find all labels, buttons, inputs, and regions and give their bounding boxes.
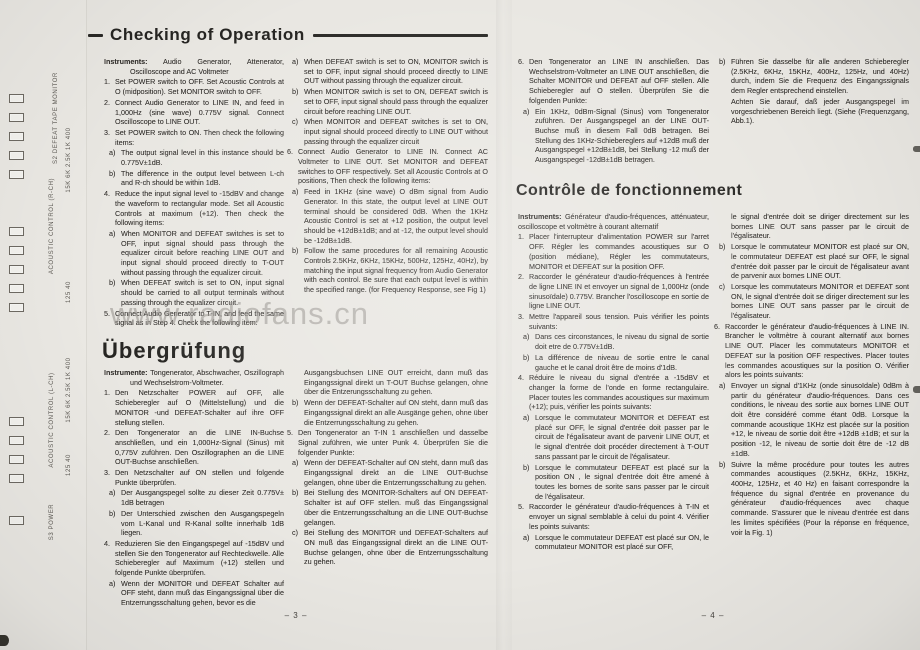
- item-text: The output signal level in this instance…: [121, 148, 284, 167]
- item-text: When DEFEAT switch is set to ON, MONITOR…: [304, 57, 488, 85]
- item-marker: b): [292, 246, 298, 256]
- manual-paragraph: a)Wenn der DEFEAT-Schalter auf ON steht,…: [287, 458, 488, 487]
- title-dash-rule: [88, 34, 103, 37]
- item-text: Placer l'interrupteur d'alimentation POW…: [529, 232, 709, 270]
- manual-paragraph: a)Wenn der MONITOR und DEFEAT Schalter a…: [104, 579, 284, 608]
- manual-paragraph: a)When MONITOR and DEFEAT switches is se…: [104, 229, 284, 278]
- item-marker: c): [292, 117, 298, 127]
- manual-paragraph: 2.Connect Audio Generator to LINE IN, an…: [104, 98, 284, 127]
- item-marker: b): [109, 278, 115, 288]
- scanned-manual-page: S2 DEFEAT TAPE MONITOR 15K 6K 2.5K 1K 40…: [0, 0, 920, 650]
- section-title-row: Checking of Operation: [88, 25, 488, 45]
- manual-paragraph: a)Lorsque le commutateur DEFEAT est plac…: [518, 533, 709, 552]
- slider-control-symbol: [9, 417, 24, 426]
- item-marker: 5.: [518, 502, 524, 512]
- item-marker: a): [109, 148, 115, 158]
- manual-paragraph: a)Envoyer un signal d'1KHz (onde sinusoï…: [714, 381, 909, 459]
- page-title: Checking of Operation: [110, 25, 305, 45]
- item-marker: b): [109, 169, 115, 179]
- manual-paragraph: a)Lorsque le commutateur MONITOR et DEFE…: [518, 413, 709, 462]
- item-text: Den Tongenerator an T-IN 1 anschließen u…: [298, 428, 488, 456]
- manual-paragraph: 3.Mettre l'appareil sous tension. Puis v…: [518, 312, 709, 331]
- german-column-2: Ausgangsbuchsen LINE OUT erreicht, dann …: [287, 368, 488, 568]
- slider-control-symbol: [9, 170, 24, 179]
- slider-control-symbol: [9, 284, 24, 293]
- item-marker: a): [292, 57, 298, 67]
- instruments-line: Instrumente: Tongenerator, Abschwacher, …: [104, 368, 284, 387]
- manual-paragraph: a)Ein 1KHz, 0dBm-Signal (Sinus) vom Tong…: [518, 107, 709, 165]
- item-marker: a): [109, 579, 115, 589]
- item-text: Raccorder le générateur d'audio-fréquenc…: [725, 322, 909, 380]
- item-text: Mettre l'appareil sous tension. Puis vér…: [529, 312, 709, 331]
- item-text: Wenn der DEFEAT-Schalter auf ON steht, d…: [304, 458, 488, 486]
- german-continuation-column-1: 6.Den Tongenerator an LINE IN anschließe…: [518, 57, 709, 166]
- manual-paragraph: b)La différence de niveau de sortie entr…: [518, 353, 709, 372]
- item-marker: a): [292, 187, 298, 197]
- item-text: La différence de niveau de sortie entre …: [535, 353, 709, 372]
- manual-paragraph: 6.Raccorder le générateur d'audio-fréque…: [714, 322, 909, 380]
- scan-smudge: [913, 386, 920, 393]
- item-marker: 5.: [287, 428, 293, 438]
- manual-paragraph: c)Lorsque les commutateurs MONITOR et DE…: [714, 282, 909, 321]
- item-text: Lorsque le commutateur MONITOR et DEFEAT…: [535, 413, 709, 461]
- item-marker: a): [109, 488, 115, 498]
- item-text: Dans ces circonstances, le niveau du sig…: [535, 332, 709, 351]
- french-column-2: le signal d'entrée doit se diriger direc…: [714, 212, 909, 538]
- item-marker: 6.: [518, 57, 524, 67]
- item-marker: b): [523, 353, 529, 363]
- item-marker: 3.: [104, 468, 110, 478]
- item-marker: 2.: [104, 428, 110, 438]
- item-text: Feed in 1KHz (sine wave) O dBm signal fr…: [304, 187, 488, 245]
- instruments-label: Instruments:: [104, 57, 148, 66]
- schematic-label: S2 DEFEAT TAPE MONITOR: [53, 72, 59, 164]
- item-text: Der Unterschied zwischen den Ausgangspeg…: [121, 509, 284, 537]
- item-marker: 6.: [714, 322, 720, 332]
- manual-paragraph: 6.Connect Audio Generator to LINE IN. Co…: [287, 147, 488, 186]
- item-text: Raccorder le générateur d'audio-fréquenc…: [529, 502, 709, 530]
- item-text: Lorsque le commutateur DEFEAT est placé …: [535, 463, 709, 501]
- item-text: Bei Stellung des MONITOR-Schalters auf O…: [304, 488, 488, 526]
- item-text: When MONITOR switch is set to ON, DEFEAT…: [304, 87, 488, 115]
- item-text: Ausgangsbuchsen LINE OUT erreicht, dann …: [304, 368, 488, 396]
- german-continuation-column-2: b)Führen Sie dasselbe für alle anderen S…: [714, 57, 909, 127]
- instruments-text: Tongenerator, Abschwacher, Oszillograph …: [130, 368, 284, 387]
- title-rule: [313, 34, 488, 37]
- manual-paragraph: Ausgangsbuchsen LINE OUT erreicht, dann …: [287, 368, 488, 397]
- instruments-label: Instrumente:: [104, 368, 148, 377]
- item-text: Follow the same procedures for all remai…: [304, 246, 488, 294]
- manual-paragraph: b)Führen Sie dasselbe für alle anderen S…: [714, 57, 909, 96]
- item-marker: 1.: [104, 388, 110, 398]
- item-marker: 3.: [518, 312, 524, 322]
- item-text: Connect Audio Generator to LINE IN, and …: [115, 98, 284, 126]
- item-text: Reduzieren Sie den Eingangspegel auf -15…: [115, 539, 284, 577]
- manual-paragraph: 5.Raccorder le générateur d'audio-fréque…: [518, 502, 709, 531]
- manual-paragraph: b)The difference in the output level bet…: [104, 169, 284, 188]
- manual-paragraph: b)When MONITOR switch is set to ON, DEFE…: [287, 87, 488, 116]
- item-marker: a): [523, 332, 529, 342]
- item-text: Reduce the input signal level to -15dBV …: [115, 189, 284, 227]
- manual-paragraph: le signal d'entrée doit se diriger direc…: [714, 212, 909, 241]
- item-marker: b): [719, 242, 725, 252]
- manual-paragraph: 4.Réduire le niveau du signal d'entrée a…: [518, 373, 709, 412]
- manual-paragraph: a)The output signal level in this instan…: [104, 148, 284, 167]
- manual-paragraph: a)Der Ausgangspegel sollte zu dieser Zei…: [104, 488, 284, 507]
- item-marker: 6.: [287, 147, 293, 157]
- item-marker: 5.: [104, 309, 110, 319]
- manual-paragraph: 4.Reduzieren Sie den Eingangspegel auf -…: [104, 539, 284, 578]
- schematic-label: S3 POWER: [49, 504, 55, 540]
- instruments-line: Instruments: Audio Generator, Attenerato…: [104, 57, 284, 76]
- manual-paragraph: 3.Set POWER switch to ON. Then check the…: [104, 128, 284, 147]
- english-column-2: a)When DEFEAT switch is set to ON, MONIT…: [287, 57, 488, 296]
- item-text: Lorsque le commutateur MONITOR est placé…: [731, 242, 909, 280]
- item-marker: 2.: [104, 98, 110, 108]
- manual-paragraph: 1.Den Netzschalter POWER auf OFF, alle S…: [104, 388, 284, 427]
- item-text: Der Ausgangspegel sollte zu dieser Zeit …: [121, 488, 284, 507]
- german-section-heading: Übergrüfung: [102, 338, 246, 364]
- manual-paragraph: b)Wenn der DEFEAT-Schalter auf ON steht,…: [287, 398, 488, 427]
- manual-paragraph: 2.Den Tongenerator an die LINE IN-Buchse…: [104, 428, 284, 467]
- schematic-label: ACOUSTIC CONTROL (R-CH): [49, 178, 55, 274]
- manual-paragraph: b)Suivre la même procédure pour toutes l…: [714, 460, 909, 538]
- page-number-4: – 4 –: [518, 611, 908, 620]
- item-marker: b): [292, 398, 298, 408]
- slider-control-symbol: [9, 94, 24, 103]
- item-text: Bei Stellung des MONITOR und DEFEAT-Scha…: [304, 528, 488, 566]
- item-text: Den Netzschalter POWER auf OFF, alle Sch…: [115, 388, 284, 426]
- item-text: When MONITOR and DEFEAT switches is set …: [304, 117, 488, 145]
- item-text: Wenn der MONITOR und DEFEAT Schalter auf…: [121, 579, 284, 607]
- slider-control-symbol: [9, 516, 24, 525]
- manual-paragraph: b)When DEFEAT switch is set to ON, input…: [104, 278, 284, 307]
- item-marker: a): [523, 533, 529, 543]
- item-marker: b): [719, 460, 725, 470]
- manual-paragraph: 1.Set POWER switch to OFF. Set Acoustic …: [104, 77, 284, 96]
- manual-paragraph: Achten Sie darauf, daß jeder Ausgangspeg…: [714, 97, 909, 126]
- item-marker: 3.: [104, 128, 110, 138]
- manual-paragraph: b)Der Unterschied zwischen den Ausgangsp…: [104, 509, 284, 538]
- schematic-label: 15K 6K 2.5K 1K 400: [66, 127, 72, 192]
- item-marker: 4.: [518, 373, 524, 383]
- schematic-label: 15K 6K 2.5K 1K 400: [66, 357, 72, 422]
- item-marker: 2.: [518, 272, 524, 282]
- manual-paragraph: 5.Connect Audio Generator to T-IN, and f…: [104, 309, 284, 328]
- item-marker: a): [292, 458, 298, 468]
- manual-paragraph: c)Bei Stellung des MONITOR und DEFEAT-Sc…: [287, 528, 488, 567]
- schematic-label: 125 40: [66, 454, 72, 476]
- item-text: Connect Audio Generator to T-IN, and fee…: [115, 309, 284, 328]
- manual-paragraph: b)Follow the same procedures for all rem…: [287, 246, 488, 295]
- slider-control-symbol: [9, 132, 24, 141]
- item-text: Réduire le niveau du signal d'entrée a -…: [529, 373, 709, 411]
- manual-paragraph: b)Bei Stellung des MONITOR-Schalters auf…: [287, 488, 488, 527]
- slider-control-symbol: [9, 246, 24, 255]
- slider-control-symbol: [9, 303, 24, 312]
- manual-paragraph: b)Lorsque le commutateur MONITOR est pla…: [714, 242, 909, 281]
- french-column-1: Instruments: Générateur d'audio-fréquenc…: [518, 212, 709, 553]
- instruments-text: Audio Generator, Attenerator, Oscillosco…: [130, 57, 284, 76]
- item-marker: c): [719, 282, 725, 292]
- item-text: Raccorder le générateur d'audio-fréquenc…: [529, 272, 709, 310]
- manual-paragraph: a)Dans ces circonstances, le niveau du s…: [518, 332, 709, 351]
- item-marker: b): [292, 87, 298, 97]
- item-marker: 4.: [104, 539, 110, 549]
- item-marker: 1.: [518, 232, 524, 242]
- item-marker: a): [719, 381, 725, 391]
- instruments-label: Instruments:: [518, 212, 562, 221]
- scan-smudge: [913, 146, 920, 152]
- item-marker: b): [292, 488, 298, 498]
- page-gutter-crease: [496, 0, 512, 650]
- item-text: Den Tongenerator an die LINE IN-Buchse a…: [115, 428, 284, 466]
- item-text: Wenn der DEFEAT-Schalter auf ON steht, d…: [304, 398, 488, 426]
- manual-paragraph: b)Lorsque le commutateur DEFEAT est plac…: [518, 463, 709, 502]
- item-text: Connect Audio Generator to LINE IN. Conn…: [298, 147, 488, 185]
- german-column-1: Instrumente: Tongenerator, Abschwacher, …: [104, 368, 284, 609]
- schematic-label: ACOUSTIC CONTROL (L-CH): [49, 372, 55, 467]
- manual-paragraph: 5.Den Tongenerator an T-IN 1 anschließen…: [287, 428, 488, 457]
- slider-control-symbol: [9, 455, 24, 464]
- item-text: Achten Sie darauf, daß jeder Ausgangspeg…: [731, 97, 909, 125]
- schematic-label: 125 40: [66, 281, 72, 303]
- slider-control-symbol: [9, 265, 24, 274]
- item-text: Lorsque les commutateurs MONITOR et DEFE…: [731, 282, 909, 320]
- manual-paragraph: 2.Raccorder le générateur d'audio-fréque…: [518, 272, 709, 311]
- instruments-line: Instruments: Générateur d'audio-fréquenc…: [518, 212, 709, 231]
- english-column-1: Instruments: Audio Generator, Attenerato…: [104, 57, 284, 329]
- manual-paragraph: c)When MONITOR and DEFEAT switches is se…: [287, 117, 488, 146]
- scan-smudge: [0, 635, 9, 646]
- item-marker: c): [292, 528, 298, 538]
- schematic-edge-strip: S2 DEFEAT TAPE MONITOR 15K 6K 2.5K 1K 40…: [0, 0, 87, 650]
- slider-control-symbol: [9, 227, 24, 236]
- manual-paragraph: 6.Den Tongenerator an LINE IN anschließe…: [518, 57, 709, 106]
- item-marker: a): [523, 413, 529, 423]
- slider-control-symbol: [9, 113, 24, 122]
- item-text: Envoyer un signal d'1KHz (onde sinusoïda…: [731, 381, 909, 458]
- item-text: The difference in the output level betwe…: [121, 169, 284, 188]
- item-text: Set POWER switch to OFF. Set Acoustic Co…: [115, 77, 284, 96]
- item-marker: a): [523, 107, 529, 117]
- item-text: Führen Sie dasselbe für alle anderen Sch…: [731, 57, 909, 95]
- item-marker: a): [109, 229, 115, 239]
- item-text: Suivre la même procédure pour toutes les…: [731, 460, 909, 537]
- slider-control-symbol: [9, 151, 24, 160]
- page-number-3: – 3 –: [104, 611, 488, 620]
- manual-paragraph: 4.Reduce the input signal level to -15dB…: [104, 189, 284, 228]
- item-text: When MONITOR and DEFEAT switches is set …: [121, 229, 284, 277]
- item-marker: 1.: [104, 77, 110, 87]
- item-text: When DEFEAT switch is set to ON, input s…: [121, 278, 284, 306]
- item-text: Lorsque le commutateur DEFEAT est placé …: [535, 533, 709, 552]
- manual-paragraph: 1.Placer l'interrupteur d'alimentation P…: [518, 232, 709, 271]
- item-text: Den Tongenerator an LINE IN anschließen.…: [529, 57, 709, 105]
- item-marker: b): [719, 57, 725, 67]
- slider-control-symbol: [9, 474, 24, 483]
- french-section-heading: Contrôle de fonctionnement: [516, 182, 742, 200]
- manual-paragraph: a)When DEFEAT switch is set to ON, MONIT…: [287, 57, 488, 86]
- item-text: le signal d'entrée doit se diriger direc…: [731, 212, 909, 240]
- item-text: Set POWER switch to ON. Then check the f…: [115, 128, 284, 147]
- manual-paragraph: a)Feed in 1KHz (sine wave) O dBm signal …: [287, 187, 488, 245]
- item-text: Ein 1KHz, 0dBm-Signal (Sinus) vom Tongen…: [535, 107, 709, 165]
- item-marker: b): [109, 509, 115, 519]
- item-text: Den Netzschalter auf ON stellen und folg…: [115, 468, 284, 487]
- slider-control-symbol: [9, 436, 24, 445]
- item-marker: 4.: [104, 189, 110, 199]
- manual-paragraph: 3.Den Netzschalter auf ON stellen und fo…: [104, 468, 284, 487]
- item-marker: b): [523, 463, 529, 473]
